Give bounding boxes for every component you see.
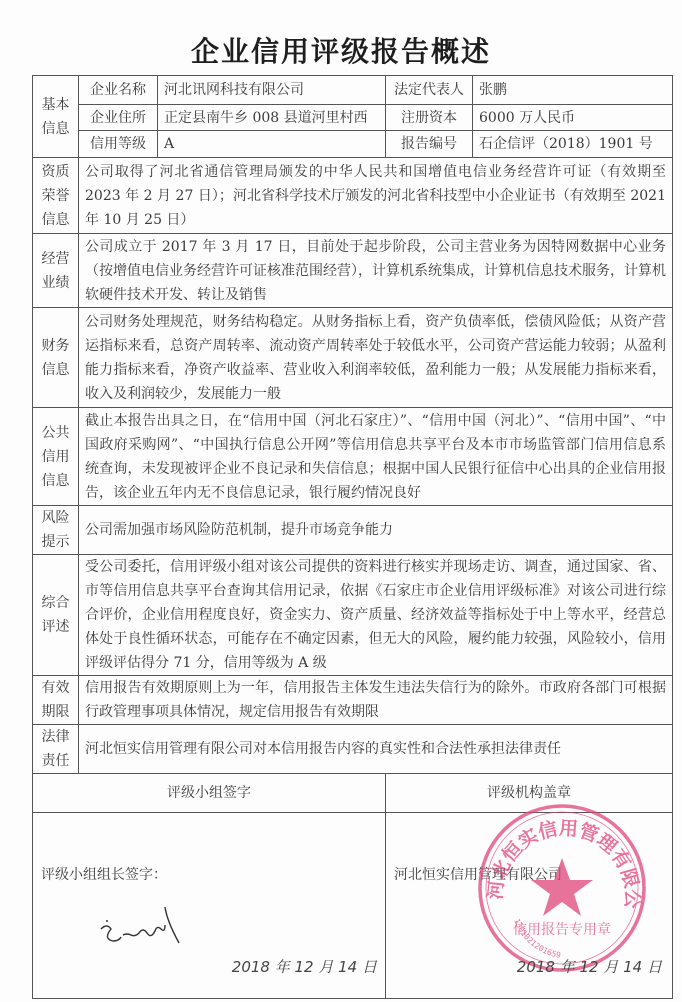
org-seal-date: 2018 年 12 月 14 日 bbox=[517, 955, 662, 979]
section-text-public-credit: 截止本报告出具之日，在“信用中国（河北石家庄）”、“信用中国（河北）”、“信用中… bbox=[79, 408, 673, 506]
value-registered-capital: 6000 万人民币 bbox=[473, 105, 673, 131]
section-text-qualifications: 公司取得了河北省通信管理局颁发的中华人民共和国增值电信业务经营许可证（有效期至 … bbox=[79, 158, 673, 234]
section-row-public-credit: 公共信用信息 截止本报告出具之日，在“信用中国（河北石家庄）”、“信用中国（河北… bbox=[33, 408, 673, 506]
label-company-name: 企业名称 bbox=[79, 76, 158, 105]
section-text-validity: 信用报告有效期原则上为一年，信用报告主体发生违法失信行为的除外。市政府各部门可根… bbox=[79, 676, 673, 725]
basic-row-company: 基本信息 企业名称 河北讯网科技有限公司 法定代表人 张鹏 bbox=[33, 76, 673, 105]
section-label-risk: 风险提示 bbox=[33, 506, 79, 555]
section-row-risk: 风险提示 公司需加强市场风险防范机制，提升市场竞争能力 bbox=[33, 506, 673, 555]
basic-row-address: 企业住所 正定县南牛乡 008 县道河里村西 注册资本 6000 万人民币 bbox=[33, 105, 673, 131]
section-label-financial: 财务信息 bbox=[33, 308, 79, 408]
value-legal-rep: 张鹏 bbox=[473, 76, 673, 105]
page-title: 企业信用评级报告概述 bbox=[0, 30, 682, 70]
section-text-risk: 公司需加强市场风险防范机制，提升市场竞争能力 bbox=[79, 506, 673, 555]
value-report-number: 石企信评（2018）1901 号 bbox=[473, 131, 673, 158]
section-text-performance: 公司成立于 2017 年 3 月 17 日，目前处于起步阶段，公司主营业务为因特… bbox=[79, 234, 673, 308]
value-credit-rating: A bbox=[158, 131, 386, 158]
section-label-performance: 经营业绩 bbox=[33, 234, 79, 308]
section-row-summary: 综合评述 受公司委托，信用评级小组对该公司提供的资料进行核实并现场走访、调查，通… bbox=[33, 555, 673, 676]
section-label-basic: 基本信息 bbox=[33, 76, 79, 158]
section-text-legal: 河北恒实信用管理有限公司对本信用报告内容的真实性和合法性承担法律责任 bbox=[79, 725, 673, 774]
label-legal-rep: 法定代表人 bbox=[386, 76, 473, 105]
value-company-name: 河北讯网科技有限公司 bbox=[158, 76, 386, 105]
leader-signature-date: 2018 年 12 月 14 日 bbox=[232, 955, 377, 979]
value-address: 正定县南牛乡 008 县道河里村西 bbox=[158, 105, 386, 131]
section-label-qualifications: 资质荣誉信息 bbox=[33, 158, 79, 234]
section-row-validity: 有效期限 信用报告有效期原则上为一年，信用报告主体发生违法失信行为的除外。市政府… bbox=[33, 676, 673, 725]
handwritten-signature-icon bbox=[93, 901, 203, 951]
section-text-summary: 受公司委托，信用评级小组对该公司提供的资料进行核实并现场走访、调查，通过国家、省… bbox=[79, 555, 673, 676]
section-label-legal: 法律责任 bbox=[33, 725, 79, 774]
leader-signature-label: 评级小组组长签字： bbox=[41, 863, 167, 887]
team-signature-cell: 评级小组组长签字： 2018 年 12 月 14 日 bbox=[33, 813, 386, 999]
section-label-validity: 有效期限 bbox=[33, 676, 79, 725]
official-seal-icon: 河北恒实信用管理有限公司 信用报告专用章 1301021201659 bbox=[474, 800, 649, 975]
basic-row-rating: 信用等级 A 报告编号 石企信评（2018）1901 号 bbox=[33, 131, 673, 158]
section-text-financial: 公司财务处理规范，财务结构稳定。从财务指标上看，资产负债率低，偿债风险低；从资产… bbox=[79, 308, 673, 408]
section-row-legal: 法律责任 河北恒实信用管理有限公司对本信用报告内容的真实性和合法性承担法律责任 bbox=[33, 725, 673, 774]
label-address: 企业住所 bbox=[79, 105, 158, 131]
signature-header-team: 评级小组签字 bbox=[33, 774, 386, 813]
section-label-summary: 综合评述 bbox=[33, 555, 79, 676]
label-registered-capital: 注册资本 bbox=[386, 105, 473, 131]
label-credit-rating: 信用等级 bbox=[79, 131, 158, 158]
section-row-performance: 经营业绩 公司成立于 2017 年 3 月 17 日，目前处于起步阶段，公司主营… bbox=[33, 234, 673, 308]
label-report-number: 报告编号 bbox=[386, 131, 473, 158]
section-label-public-credit: 公共信用信息 bbox=[33, 408, 79, 506]
section-row-financial: 财务信息 公司财务处理规范，财务结构稳定。从财务指标上看，资产负债率低，偿债风险… bbox=[33, 308, 673, 408]
section-row-qualifications: 资质荣誉信息 公司取得了河北省通信管理局颁发的中华人民共和国增值电信业务经营许可… bbox=[33, 158, 673, 234]
